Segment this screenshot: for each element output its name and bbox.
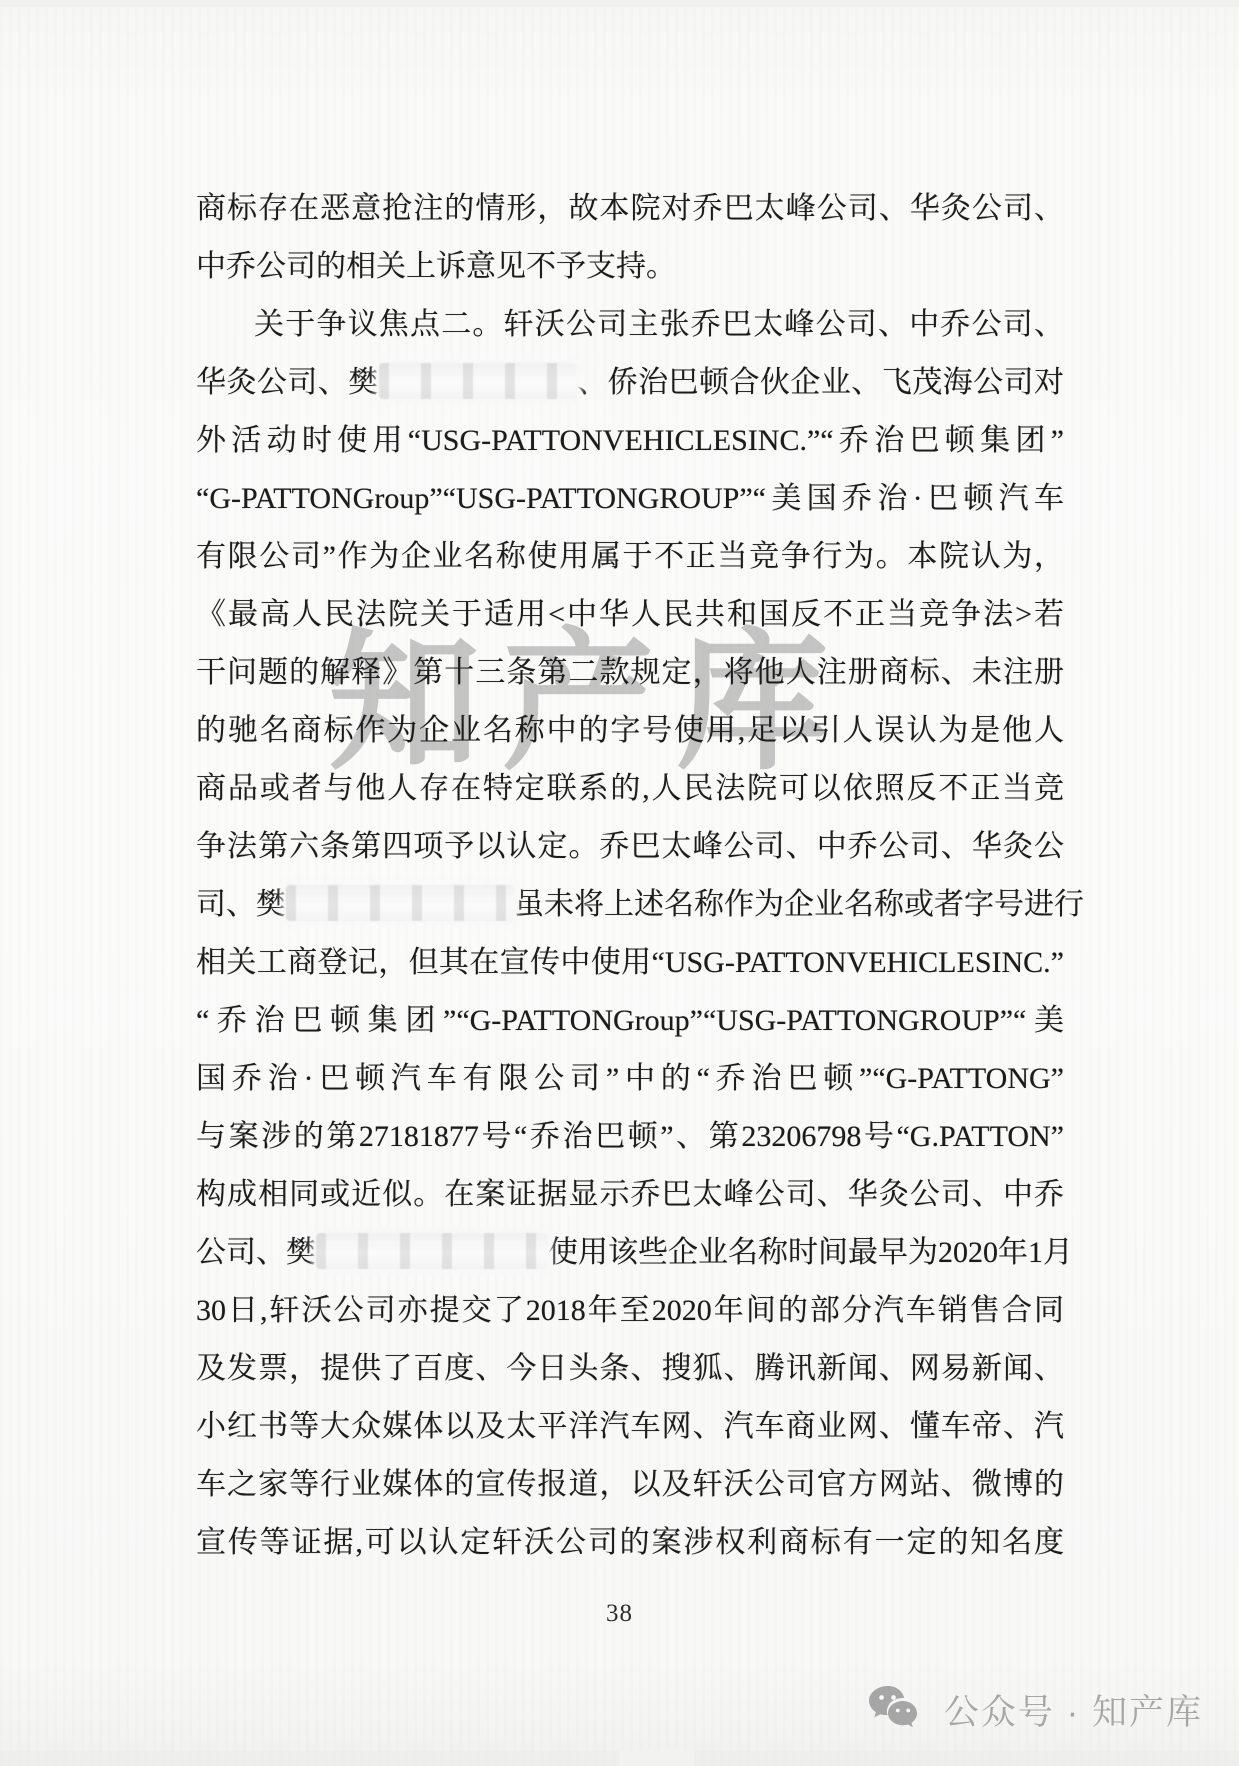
text-line: 的驰名商标作为企业名称中的字号使用,足以引人误认为是他人 [196,702,1064,760]
text-line: 与案涉的第27181877号“乔治巴顿”、第23206798号“G.PATTON… [196,1108,1064,1166]
text-line: 30日,轩沃公司亦提交了2018年至2020年间的部分汽车销售合同 [196,1282,1064,1340]
brand-footer-label: 公众号 · 知产库 [944,1685,1203,1735]
scan-edge-bottom [0,1750,1239,1766]
text-line: 干问题的解释》第十三条第二款规定，将他人注册商标、未注册 [196,644,1064,702]
scan-edge-top [0,0,1239,7]
brand-footer: 公众号 · 知产库 [866,1680,1203,1740]
document-page: 知产库 商标存在恶意抢注的情形，故本院对乔巴太峰公司、华灸公司、中乔公司的相关上… [0,0,1239,1766]
text-line: 有限公司”作为企业名称使用属于不正当竞争行为。本院认为， [196,528,1064,586]
text-line: 商品或者与他人存在特定联系的,人民法院可以依照反不正当竞 [196,760,1064,818]
text-line: “G-PATTONGroup”“USG-PATTONGROUP”“美国乔治·巴顿… [196,470,1064,528]
text-line: 关于争议焦点二。轩沃公司主张乔巴太峰公司、中乔公司、 [196,296,1064,354]
text-line: 车之家等行业媒体的宣传报道，以及轩沃公司官方网站、微博的 [196,1456,1064,1514]
page-number: 38 [0,1600,1239,1628]
redacted-name [316,1233,548,1269]
text-line: 争法第六条第四项予以认定。乔巴太峰公司、中乔公司、华灸公 [196,818,1064,876]
text-line: 司、樊虽未将上述名称作为企业名称或者字号进行 [196,876,1064,934]
text-line: 公司、樊使用该些企业名称时间最早为2020年1月 [196,1224,1064,1282]
redacted-name [286,885,514,921]
text-line: 商标存在恶意抢注的情形，故本院对乔巴太峰公司、华灸公司、 [196,180,1064,238]
text-line: 《最高人民法院关于适用<中华人民共和国反不正当竞争法>若 [196,586,1064,644]
text-line: 中乔公司的相关上诉意见不予支持。 [196,238,1064,296]
text-line: 相关工商登记，但其在宣传中使用“USG-PATTONVEHICLESINC.” [196,934,1064,992]
text-line: 宣传等证据,可以认定轩沃公司的案涉权利商标有一定的知名度 [196,1514,1064,1572]
text-line: 外活动时使用“USG-PATTONVEHICLESINC.”“乔治巴顿集团” [196,412,1064,470]
judgment-body-text: 商标存在恶意抢注的情形，故本院对乔巴太峰公司、华灸公司、中乔公司的相关上诉意见不… [196,180,1064,1572]
text-line: 国乔治·巴顿汽车有限公司”中的“乔治巴顿”“G-PATTONG” [196,1050,1064,1108]
wechat-icon [866,1684,928,1736]
text-line: 小红书等大众媒体以及太平洋汽车网、汽车商业网、懂车帝、汽 [196,1398,1064,1456]
text-line: 构成相同或近似。在案证据显示乔巴太峰公司、华灸公司、中乔 [196,1166,1064,1224]
text-line: “乔治巴顿集团”“G-PATTONGroup”“USG-PATTONGROUP”… [196,992,1064,1050]
text-line: 及发票，提供了百度、今日头条、搜狐、腾讯新闻、网易新闻、 [196,1340,1064,1398]
redacted-name [379,363,577,399]
text-line: 华灸公司、樊、侨治巴顿合伙企业、飞茂海公司对 [196,354,1064,412]
